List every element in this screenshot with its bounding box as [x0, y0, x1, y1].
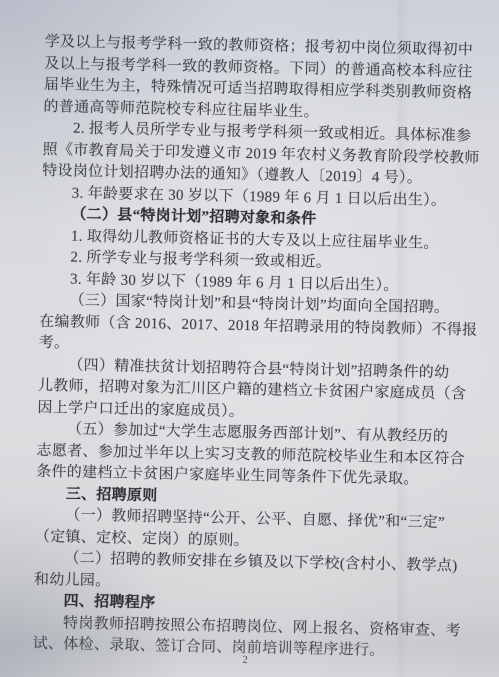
page-number: 2: [238, 654, 252, 666]
scanned-document-page: 学及以上与报考学科一致的教师资格；报考初中岗位须取得初中 及以上与报考学科一致的…: [0, 0, 499, 677]
document-text: 学及以上与报考学科一致的教师资格；报考初中岗位须取得初中 及以上与报考学科一致的…: [32, 32, 469, 664]
